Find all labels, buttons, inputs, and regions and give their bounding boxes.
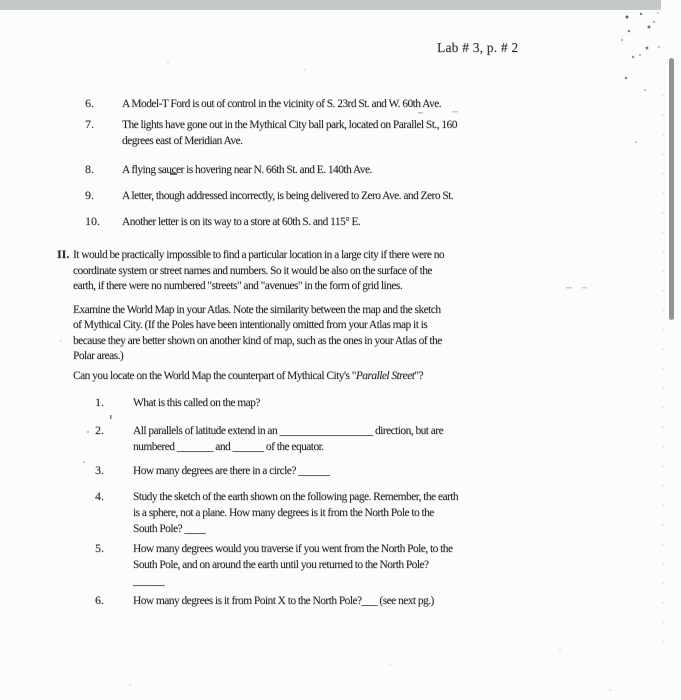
- question-intro-emphasis: Parallel Street: [356, 368, 415, 382]
- scanner-edge-right-bar: [669, 58, 674, 320]
- section-two: II. It would be practically impossible t…: [57, 247, 647, 383]
- list-item: 7. The lights have gone out in the Mythi…: [85, 116, 645, 149]
- item-number: 8.: [85, 161, 122, 178]
- item-number: 4.: [95, 488, 133, 504]
- item-number: 6.: [95, 592, 133, 608]
- item-number: 10.: [85, 213, 122, 230]
- list-item: 6. How many degrees is it from Point X t…: [95, 592, 650, 608]
- scanner-edge-top-bar: [0, 0, 661, 10]
- question-intro: Can you locate on the World Map the coun…: [73, 368, 618, 384]
- item-number: 6.: [85, 95, 122, 112]
- list-item: 6. A Model-T Ford is out of control in t…: [85, 95, 645, 112]
- item-number: 1.: [95, 394, 133, 410]
- page-header: Lab # 3, p. # 2: [437, 40, 518, 56]
- item-text: A Model-T Ford is out of control in the …: [122, 95, 441, 112]
- item-number: 7.: [85, 116, 122, 133]
- list-item: 1. What is this called on the map?: [95, 394, 650, 410]
- questions-list: 1. What is this called on the map? 2. Al…: [95, 388, 650, 608]
- item-number: 3.: [95, 462, 133, 478]
- list-item: 8. A flying saucer is hovering near N. 6…: [85, 161, 645, 178]
- item-text: A flying saucer is hovering near N. 66th…: [122, 161, 372, 178]
- item-number: 5.: [95, 540, 133, 556]
- section-paragraph: Examine the World Map in your Atlas. Not…: [73, 302, 618, 364]
- list-item: 3. How many degrees are there in a circl…: [95, 462, 650, 478]
- question-intro-pre: Can you locate on the World Map the coun…: [73, 368, 356, 382]
- section-paragraph: It would be practically impossible to fi…: [73, 247, 618, 294]
- item-text: Another letter is on its way to a store …: [122, 213, 360, 230]
- scanned-worksheet-page: Lab # 3, p. # 2 6. A Model-T Ford is out…: [0, 0, 681, 700]
- list-item: 5. How many degrees would you traverse i…: [95, 540, 650, 588]
- item-text: All parallels of latitude extend in an _…: [133, 422, 443, 454]
- item-number: 2.: [95, 422, 133, 438]
- list-item: 9. A letter, though addressed incorrectl…: [85, 187, 645, 204]
- section-label: II.: [57, 247, 73, 383]
- item-number: 9.: [85, 187, 122, 204]
- question-intro-post: "?: [414, 368, 423, 382]
- item-text: How many degrees are there in a circle? …: [133, 462, 329, 478]
- section-body: It would be practically impossible to fi…: [73, 247, 647, 383]
- item-text: How many degrees would you traverse if y…: [133, 540, 453, 588]
- list-item: 4. Study the sketch of the earth shown o…: [95, 488, 650, 536]
- list-item: 2. All parallels of latitude extend in a…: [95, 422, 650, 454]
- item-text: A letter, though addressed incorrectly, …: [122, 187, 453, 204]
- list-item: 10. Another letter is on its way to a st…: [85, 213, 645, 230]
- item-text: The lights have gone out in the Mythical…: [122, 116, 457, 149]
- item-text: Study the sketch of the earth shown on t…: [133, 488, 458, 536]
- item-text: How many degrees is it from Point X to t…: [133, 592, 434, 608]
- problems-list: 6. A Model-T Ford is out of control in t…: [85, 89, 645, 239]
- item-text: What is this called on the map?: [133, 394, 260, 410]
